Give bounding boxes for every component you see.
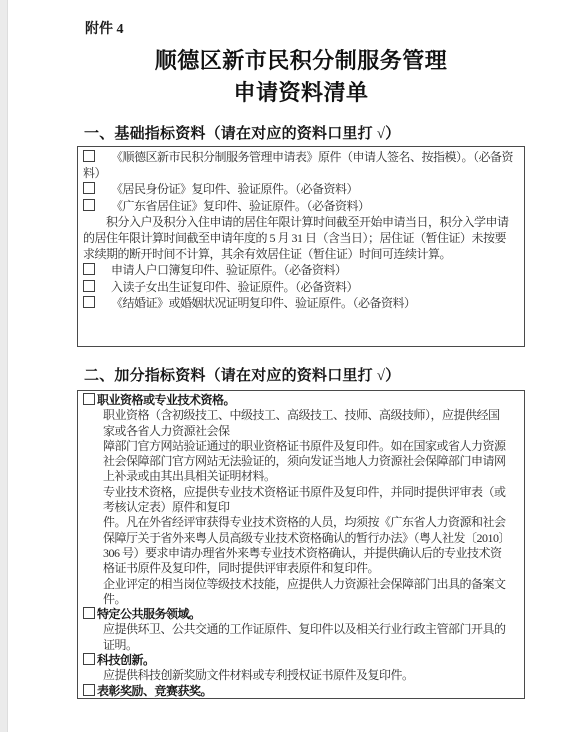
doc-line: 社会保障部门官方网站无法验证的，须向发证当地人力资源社会保障部门申请网 <box>83 454 519 469</box>
doc-line: 入读子女出生证复印件、验证原件。（必备资料） <box>83 279 519 295</box>
doc-line: 《广东省居住证》复印件、验证原件。（必备资料） <box>83 198 519 214</box>
doc-line: 《结婚证》或婚姻状况证明复印件、验证原件。（必备资料） <box>83 295 519 311</box>
doc-line-text: 《顺德区新市民积分制服务管理申请表》原件（申请人签名、按指模）。（必备资 <box>111 150 513 164</box>
doc-line: 企业评定的相当岗位等级技术技能，应提供人力资源社会保障部门出具的备案文 <box>83 577 519 592</box>
doc-line: 积分入户及积分入住申请的居住年限计算时间截至开始申请当日，积分入学申请 <box>83 214 519 230</box>
doc-line: 求续期的断开时间不计算，其余有效居住证（暂住证）时间可连续计算。 <box>83 246 519 262</box>
section-heading-basic-indicators: 一、基础指标资料（请在对应的资料口里打 √） <box>84 122 400 143</box>
checkbox-icon <box>83 607 95 619</box>
page-title: 顺德区新市民积分制服务管理 申请资料清单 <box>77 45 525 109</box>
doc-line: 306 号）要求申请办理省外来粤专业技术资格确认，并提供确认后的专业技术资 <box>83 546 519 561</box>
doc-line-text: 特定公共服务领域。 <box>97 607 201 621</box>
doc-line: 表彰奖励、竞赛获奖。 <box>83 684 519 699</box>
checkbox-icon <box>83 684 95 696</box>
checkbox-icon <box>83 280 95 292</box>
section-heading-bonus-indicators: 二、加分指标资料（请在对应的资料口里打 √） <box>84 364 400 385</box>
doc-line: 《顺德区新市民积分制服务管理申请表》原件（申请人签名、按指模）。（必备资 <box>83 149 519 165</box>
doc-line: 科技创新。 <box>83 653 519 668</box>
page-title-line2: 申请资料清单 <box>77 77 525 109</box>
basic-indicators-box: 《顺德区新市民积分制服务管理申请表》原件（申请人签名、按指模）。（必备资料）《居… <box>77 146 525 347</box>
doc-line: 考核认定表）原件和复印 <box>83 500 519 515</box>
checkbox-icon <box>83 393 95 405</box>
doc-line: 职业资格或专业技术资格。 <box>83 393 519 408</box>
checkbox-icon <box>83 263 95 275</box>
doc-line: 上补录或由其出具相关证明材料。 <box>83 469 519 484</box>
doc-line: 职业资格（含初级技工、中级技工、高级技工、技师、高级技师），应提供经国 <box>83 408 519 423</box>
checkbox-icon <box>83 199 95 211</box>
doc-line: 家或各省人力资源社会保 <box>83 424 519 439</box>
scanned-document-page: { "doc": { "attachment_label": "附件 4", "… <box>0 0 582 732</box>
doc-line-text: 表彰奖励、竞赛获奖。 <box>97 684 212 698</box>
doc-line: 特定公共服务领域。 <box>83 607 519 622</box>
bonus-indicators-box: 职业资格或专业技术资格。职业资格（含初级技工、中级技工、高级技工、技师、高级技师… <box>77 390 525 699</box>
doc-line-text: 职业资格或专业技术资格。 <box>97 393 235 407</box>
doc-line: 件。凡在外省经评审获得专业技术资格的人员，均须按《广东省人力资源和社会 <box>83 515 519 530</box>
attachment-label: 附件 4 <box>85 18 124 38</box>
checkbox-icon <box>83 150 95 162</box>
doc-line-text: 入读子女出生证复印件、验证原件。（必备资料） <box>111 280 358 294</box>
doc-line: 专业技术资格，应提供专业技术资格证书原件及复印件，并同时提供评审表（或 <box>83 485 519 500</box>
page-title-line1: 顺德区新市民积分制服务管理 <box>77 45 525 77</box>
doc-line: 的居住年限计算时间截至申请年度的 5 月 31 日（含当日）；居住证（暂住证）未… <box>83 230 519 246</box>
doc-line: 料） <box>83 165 519 181</box>
doc-line-text: 《结婚证》或婚姻状况证明复印件、验证原件。（必备资料） <box>111 296 416 310</box>
doc-line-text: 申请人户口簿复印件、验证原件。（必备资料） <box>111 263 347 277</box>
doc-line: 应提供科技创新奖励文件材料或专利授权证书原件及复印件。 <box>83 668 519 683</box>
doc-line: 应提供环卫、公共交通的工作证原件、复印件以及相关行业行政主管部门开具的 <box>83 622 519 637</box>
checkbox-icon <box>83 296 95 308</box>
scan-page-edge <box>0 0 8 732</box>
doc-line: 《居民身份证》复印件、验证原件。（必备资料） <box>83 181 519 197</box>
checkbox-icon <box>83 653 95 665</box>
checkbox-icon <box>83 182 95 194</box>
doc-line-text: 科技创新。 <box>97 653 155 667</box>
doc-line: 保障厅关于省外来粤人员高级专业技术资格确认的暂行办法》（粤人社发〔2010〕 <box>83 531 519 546</box>
doc-line: 格证书原件及复印件，同时提供评审表原件和复印件。 <box>83 561 519 576</box>
doc-line: 障部门官方网站验证通过的职业资格证书原件及复印件。如在国家或省人力资源 <box>83 439 519 454</box>
doc-line-text: 《广东省居住证》复印件、验证原件。（必备资料） <box>111 199 370 213</box>
doc-line: 证明。 <box>83 638 519 653</box>
doc-line-text: 《居民身份证》复印件、验证原件。（必备资料） <box>111 182 358 196</box>
doc-line: 申请人户口簿复印件、验证原件。（必备资料） <box>83 262 519 278</box>
doc-line: 件。 <box>83 592 519 607</box>
